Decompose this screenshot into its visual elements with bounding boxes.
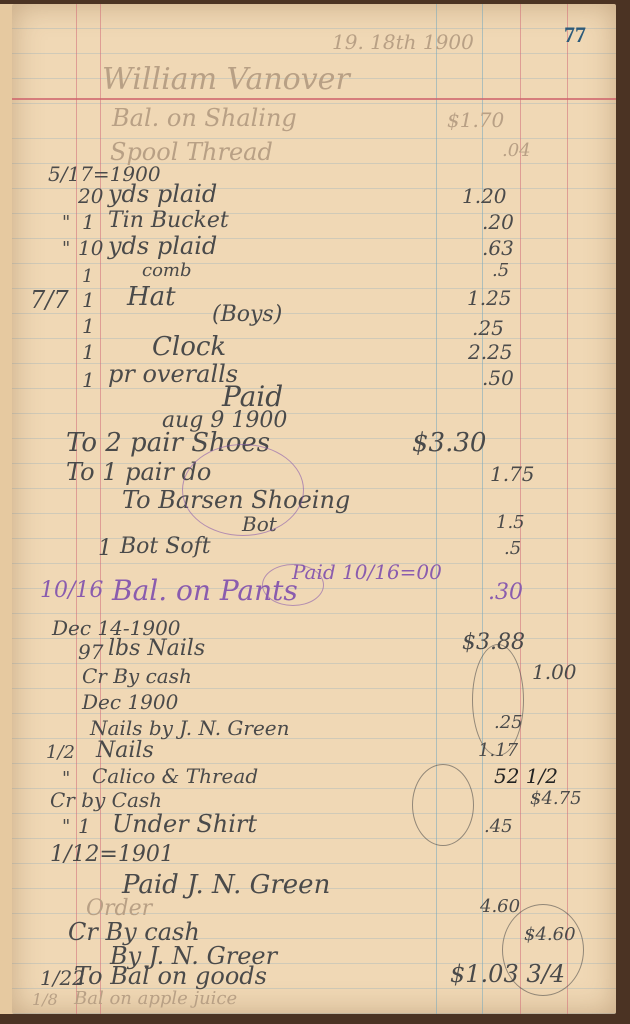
- entry-date: ": [62, 238, 70, 259]
- entry-amount: 1.75: [490, 462, 535, 486]
- entry-date: 7/7: [30, 286, 69, 314]
- entry-amount: $3.30: [412, 428, 486, 458]
- entry-date: ": [62, 212, 70, 233]
- flourish-mark: [182, 444, 304, 536]
- entry-qty: 1: [82, 340, 95, 364]
- entry-desc: Calico & Thread: [92, 764, 258, 788]
- column-rule: [567, 4, 568, 1014]
- entry-amount: $1.70: [447, 108, 504, 132]
- entry-date: ": [62, 816, 70, 837]
- entry-qty: 1: [82, 266, 93, 287]
- entry-amount: .30: [488, 580, 523, 605]
- entry-amount: $4.75: [530, 788, 582, 809]
- entry-amount: .25: [472, 316, 504, 340]
- entry-desc: Bal on apple juice: [74, 988, 237, 1009]
- entry-date: 1/8: [32, 990, 58, 1009]
- entry-desc: lbs Nails: [108, 636, 205, 661]
- entry-date: ": [62, 768, 70, 789]
- entry-desc: Nails by J. N. Green: [90, 716, 290, 740]
- entry-qty: 1: [82, 368, 95, 392]
- page-number: 77: [564, 22, 586, 48]
- flourish-mark: [412, 764, 474, 846]
- entry-desc: Nails: [96, 738, 154, 763]
- ledger-page: 77 19. 18th 1900 William Vanover Bal. on…: [12, 4, 616, 1014]
- column-rule: [436, 4, 437, 1014]
- entry-desc: To Bal on goods: [74, 962, 267, 990]
- entry-desc: Bal. on Shaling: [112, 104, 297, 132]
- entry-amount: .63: [482, 236, 514, 260]
- entry-desc: Paid J. N. Green: [122, 870, 330, 900]
- ledger-book: 77 19. 18th 1900 William Vanover Bal. on…: [0, 0, 630, 1024]
- entry-amount: .50: [482, 366, 514, 390]
- header-rule: [12, 98, 616, 100]
- entry-desc: pr overalls: [108, 360, 238, 388]
- entry-amount: .04: [502, 140, 531, 161]
- entry-desc: (Boys): [212, 302, 282, 327]
- entry-amount: 52 1/2: [494, 764, 558, 788]
- entry-desc: yds plaid: [108, 180, 217, 208]
- entry-desc: Tin Bucket: [108, 208, 229, 233]
- entry-amount: .5: [492, 260, 509, 281]
- entry-qty: 20: [78, 184, 103, 208]
- column-rule: [482, 4, 483, 1014]
- entry-desc: comb: [142, 260, 192, 281]
- entry-amount: .5: [504, 538, 521, 559]
- entry-amount: 4.60: [480, 896, 520, 917]
- flourish-mark: [262, 564, 324, 606]
- entry-amount: 1.25: [467, 286, 512, 310]
- entry-desc: Under Shirt: [112, 810, 257, 838]
- entry-qty: 97: [78, 640, 103, 664]
- entry-amount: .45: [484, 816, 513, 837]
- entry-qty: 1: [98, 536, 112, 561]
- entry-qty: 1: [78, 814, 91, 838]
- entry-desc: yds plaid: [108, 232, 217, 260]
- account-name: William Vanover: [102, 62, 350, 97]
- entry-desc: Clock: [152, 332, 226, 362]
- entry-qty: 1: [82, 210, 95, 234]
- entry-desc: Hat: [127, 282, 176, 312]
- entry-desc: Bot Soft: [120, 534, 211, 559]
- entry-date: Dec 1900: [82, 690, 178, 714]
- entry-desc: Cr By cash: [82, 664, 192, 688]
- flourish-mark: [472, 644, 524, 756]
- entry-date: 1/12=1901: [50, 842, 174, 867]
- entry-date: 1/2: [46, 742, 75, 763]
- entry-amount: .20: [482, 210, 514, 234]
- entry-date: 10/16: [40, 578, 103, 603]
- entry-qty: 1: [82, 314, 95, 338]
- header-date: 19. 18th 1900: [332, 30, 474, 54]
- flourish-mark: [502, 904, 584, 996]
- entry-qty: 10: [78, 236, 103, 260]
- entry-amount: 1.00: [532, 660, 577, 684]
- entry-desc: Cr by Cash: [50, 788, 162, 812]
- entry-qty: 1: [82, 288, 95, 312]
- entry-amount: 2.25: [468, 340, 513, 364]
- entry-amount: 1.5: [496, 512, 525, 533]
- entry-amount: 1.20: [462, 184, 507, 208]
